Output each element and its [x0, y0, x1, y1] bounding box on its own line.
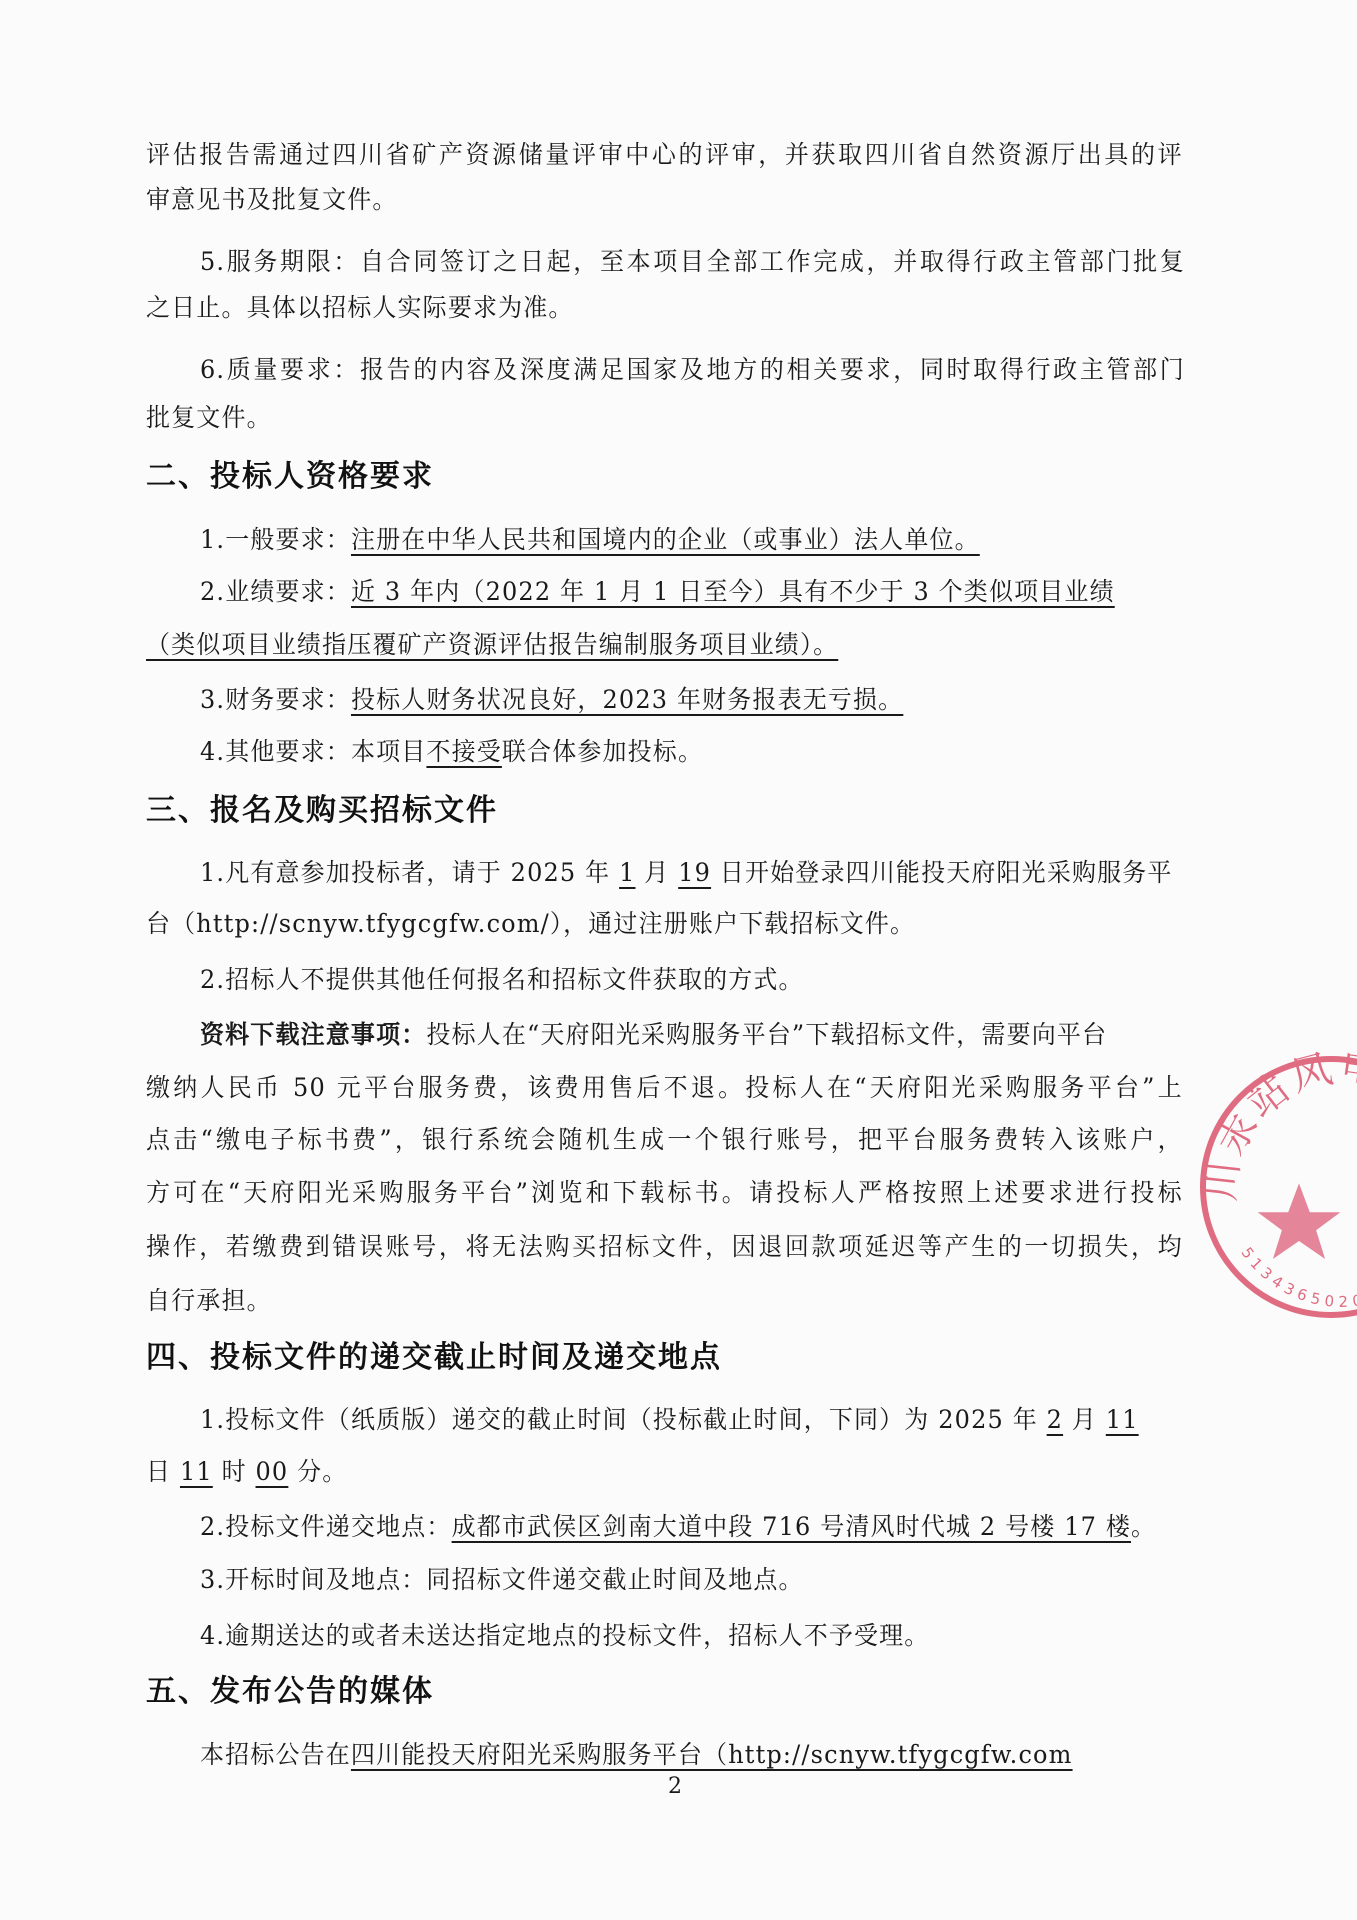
registration-item-1: 1.凡有意参加投标者，请于 2025 年 1 月 19 日开始登录四川能投天府阳…: [200, 856, 1237, 890]
section-heading-registration: 三、报名及购买招标文件: [146, 791, 498, 831]
submission-location: 2.投标文件递交地点：成都市武侯区剑南大道中段 716 号清风时代城 2 号楼 …: [200, 1510, 1237, 1544]
text: 月: [635, 858, 678, 887]
label: 1.一般要求：: [200, 525, 351, 554]
requirement-other: 4.其他要求：本项目不接受联合体参加投标。: [200, 735, 1237, 769]
service-period-line: 5.服务期限：自合同签订之日起，至本项目全部工作完成，并取得行政主管部门批复: [200, 245, 1185, 279]
paragraph-line: 缴纳人民币 50 元平台服务费，该费用售后不退。投标人在“天府阳光采购服务平台”…: [146, 1071, 1183, 1105]
day-value: 19: [678, 858, 711, 887]
month-value: 1: [619, 858, 635, 887]
section-heading-qualifications: 二、投标人资格要求: [146, 457, 434, 497]
paragraph-line: 批复文件。: [146, 401, 1183, 435]
text: 日开始登录四川能投天府阳光采购服务平: [711, 858, 1173, 887]
underlined-value: 不接受: [426, 737, 501, 766]
address-value: 成都市武侯区剑南大道中段 716 号清风时代城 2 号楼 17 楼: [452, 1512, 1131, 1541]
underlined-value: 投标人财务状况良好，2023 年财务报表无亏损。: [351, 685, 903, 714]
requirement-performance: 2.业绩要求：近 3 年内（2022 年 1 月 1 日至今）具有不少于 3 个…: [200, 575, 1237, 609]
platform-link[interactable]: 四川能投天府阳光采购服务平台（http://scnyw.tfygcgfw.com: [351, 1740, 1073, 1769]
text: 时: [213, 1457, 256, 1486]
document-page: 评估报告需通过四川省矿产资源储量评审中心的评审，并获取四川省自然资源厅出具的评 …: [0, 0, 1357, 1920]
text: 1.投标文件（纸质版）递交的截止时间（投标截止时间，下同）为 2025 年: [200, 1405, 1047, 1434]
underlined-value: （类似项目业绩指压覆矿产资源评估报告编制服务项目业绩）。: [146, 630, 838, 659]
label: 3.财务要求：: [200, 685, 351, 714]
opening-time-location: 3.开标时间及地点：同招标文件递交截止时间及地点。: [200, 1563, 1237, 1597]
minute-value: 00: [256, 1457, 289, 1486]
paragraph-line: 操作，若缴费到错误账号，将无法购买招标文件，因退回款项延迟等产生的一切损失，均: [146, 1230, 1183, 1264]
paragraph-line: 评估报告需通过四川省矿产资源储量评审中心的评审，并获取四川省自然资源厅出具的评: [146, 138, 1183, 172]
submission-deadline: 1.投标文件（纸质版）递交的截止时间（投标截止时间，下同）为 2025 年 2 …: [200, 1403, 1237, 1437]
underlined-value: 注册在中华人民共和国境内的企业（或事业）法人单位。: [351, 525, 980, 554]
label: 4.其他要求：本项目: [200, 737, 426, 766]
text: 联合体参加投标。: [502, 737, 703, 766]
platform-url-line: 台（http://scnyw.tfygcgfw.com/），通过注册账户下载招标…: [146, 907, 1183, 941]
stamp-org-text: 川汞站风电开发: [1198, 1052, 1357, 1203]
late-submission-notice: 4.逾期送达的或者未送达指定地点的投标文件，招标人不予受理。: [200, 1619, 1237, 1653]
text: 本招标公告在: [200, 1740, 351, 1769]
section-heading-submission: 四、投标文件的递交截止时间及递交地点: [146, 1338, 722, 1378]
paragraph-line: 审意见书及批复文件。: [146, 183, 1183, 217]
registration-item-2: 2.招标人不提供其他任何报名和招标文件获取的方式。: [200, 963, 1237, 997]
scan-speck: [594, 1763, 596, 1765]
publication-media-line: 本招标公告在四川能投天府阳光采购服务平台（http://scnyw.tfygcg…: [200, 1738, 1237, 1772]
text: 投标人在“天府阳光采购服务平台”下载招标文件，需要向平台: [426, 1020, 1107, 1049]
text: 分。: [288, 1457, 347, 1486]
paragraph-line: 之日止。具体以招标人实际要求为准。: [146, 291, 1183, 325]
stamp-code: 5134365020: [1238, 1244, 1357, 1311]
text: 月: [1063, 1405, 1106, 1434]
label: 2.业绩要求：: [200, 577, 351, 606]
label: 2.投标文件递交地点：: [200, 1512, 452, 1541]
requirement-financial: 3.财务要求：投标人财务状况良好，2023 年财务报表无亏损。: [200, 683, 1237, 717]
official-seal-stamp-icon: 川汞站风电开发 5134365020: [1196, 1052, 1357, 1322]
month-value: 2: [1047, 1405, 1063, 1434]
section-heading-media: 五、发布公告的媒体: [146, 1672, 434, 1712]
underlined-value: 近 3 年内（2022 年 1 月 1 日至今）具有不少于 3 个类似项目业绩: [351, 577, 1115, 606]
quality-requirement-line: 6.质量要求：报告的内容及深度满足国家及地方的相关要求，同时取得行政主管部门: [200, 353, 1185, 387]
text: 1.凡有意参加投标者，请于 2025 年: [200, 858, 619, 887]
text: 。: [1131, 1512, 1156, 1541]
paragraph-line: 方可在“天府阳光采购服务平台”浏览和下载标书。请投标人严格按照上述要求进行投标: [146, 1176, 1183, 1210]
notice-label: 资料下载注意事项：: [200, 1020, 426, 1049]
submission-deadline-cont: 日 11 时 00 分。: [146, 1455, 1183, 1489]
paragraph-line: 自行承担。: [146, 1284, 1183, 1318]
hour-value: 11: [180, 1457, 213, 1486]
text: 日: [146, 1457, 180, 1486]
download-notice: 资料下载注意事项：投标人在“天府阳光采购服务平台”下载招标文件，需要向平台: [200, 1018, 1237, 1052]
page-number: 2: [668, 1773, 682, 1801]
paragraph-line: 点击“缴电子标书费”，银行系统会随机生成一个银行账号，把平台服务费转入该账户，: [146, 1123, 1183, 1157]
svg-text:川汞站风电开发: 川汞站风电开发: [1198, 1052, 1357, 1203]
requirement-performance-cont: （类似项目业绩指压覆矿产资源评估报告编制服务项目业绩）。: [146, 628, 1183, 662]
day-value: 11: [1106, 1405, 1139, 1434]
requirement-general: 1.一般要求：注册在中华人民共和国境内的企业（或事业）法人单位。: [200, 523, 1237, 557]
svg-text:5134365020: 5134365020: [1238, 1244, 1357, 1311]
